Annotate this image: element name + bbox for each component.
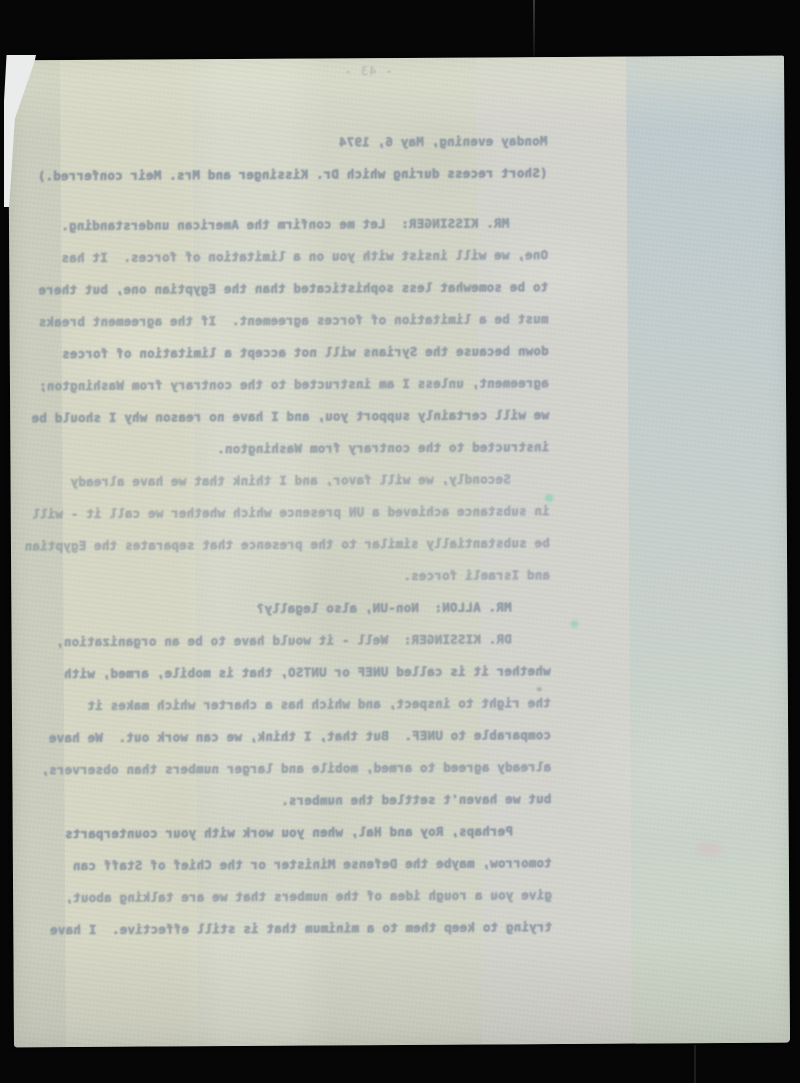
- mirrored-text-block: Monday evening, May 6, 1974 (Short reces…: [42, 125, 552, 946]
- document-page: - 43 - Monday evening, May 6, 1974 (Shor…: [8, 56, 790, 1048]
- scan-scratch-line-bottom: [694, 1045, 696, 1083]
- typewritten-line: MR. KISSINGER: Let me confirm the Americ…: [43, 207, 548, 242]
- typewritten-line: but we haven't settled the numbers.: [46, 783, 551, 818]
- paper-tint-band-blue: [626, 56, 790, 1044]
- typewritten-line: and Israeli forces.: [45, 559, 550, 594]
- scanner-background: - 43 - Monday evening, May 6, 1974 (Shor…: [0, 0, 800, 1083]
- typewritten-line: MR. ALLON: Non-UN, also legally?: [45, 591, 550, 626]
- page-number: - 43 -: [308, 62, 428, 81]
- paper-smudge: [695, 842, 723, 856]
- typewritten-line: in substance achieved a UN presence whic…: [45, 495, 550, 530]
- typewritten-line: tomorrow, maybe the Defense Minister or …: [47, 847, 552, 882]
- scan-scratch-line-top: [533, 0, 535, 59]
- typewritten-line-recess: (Short recess during which Dr. Kissinger…: [43, 157, 548, 192]
- typewritten-line: Perhaps, Roy and Hal, when you work with…: [47, 815, 552, 850]
- typewritten-line: trying to keep them to a minimum that is…: [47, 911, 552, 946]
- typewritten-line: instructed to the contrary from Washingt…: [44, 431, 549, 466]
- typewritten-line: agreement, unless I am instructed to the…: [44, 367, 549, 402]
- typewritten-line: comparable to UNEF. But that, I think, w…: [46, 719, 551, 754]
- typewritten-line: Secondly, we will favor, and I think tha…: [44, 463, 549, 498]
- typewritten-line: give you a rough idea of the numbers tha…: [47, 879, 552, 914]
- typewritten-line: to be somewhat less sophisticated than t…: [43, 271, 548, 306]
- paper-speck: [570, 620, 578, 628]
- typewritten-line: must be a limitation of forces agreement…: [43, 303, 548, 338]
- typewritten-line: be substantially similar to the presence…: [45, 527, 550, 562]
- typewritten-line-date: Monday evening, May 6, 1974: [42, 125, 547, 160]
- typewritten-line: whether it is called UNEF or UNTSO, that…: [46, 655, 551, 690]
- paper-tint-band-bottom: [13, 938, 790, 1048]
- typewritten-line: already agreed to armed, mobile and larg…: [46, 751, 551, 786]
- typewritten-line: the right to inspect, and which has a ch…: [46, 687, 551, 722]
- typewritten-line: we will certainly support you, and I hav…: [44, 399, 549, 434]
- typewritten-line: One, we will insist with you on a limita…: [43, 239, 548, 274]
- typewritten-line: DR. KISSINGER: Well - it would have to b…: [45, 623, 550, 658]
- typewritten-line: down because the Syrians will not accept…: [44, 335, 549, 370]
